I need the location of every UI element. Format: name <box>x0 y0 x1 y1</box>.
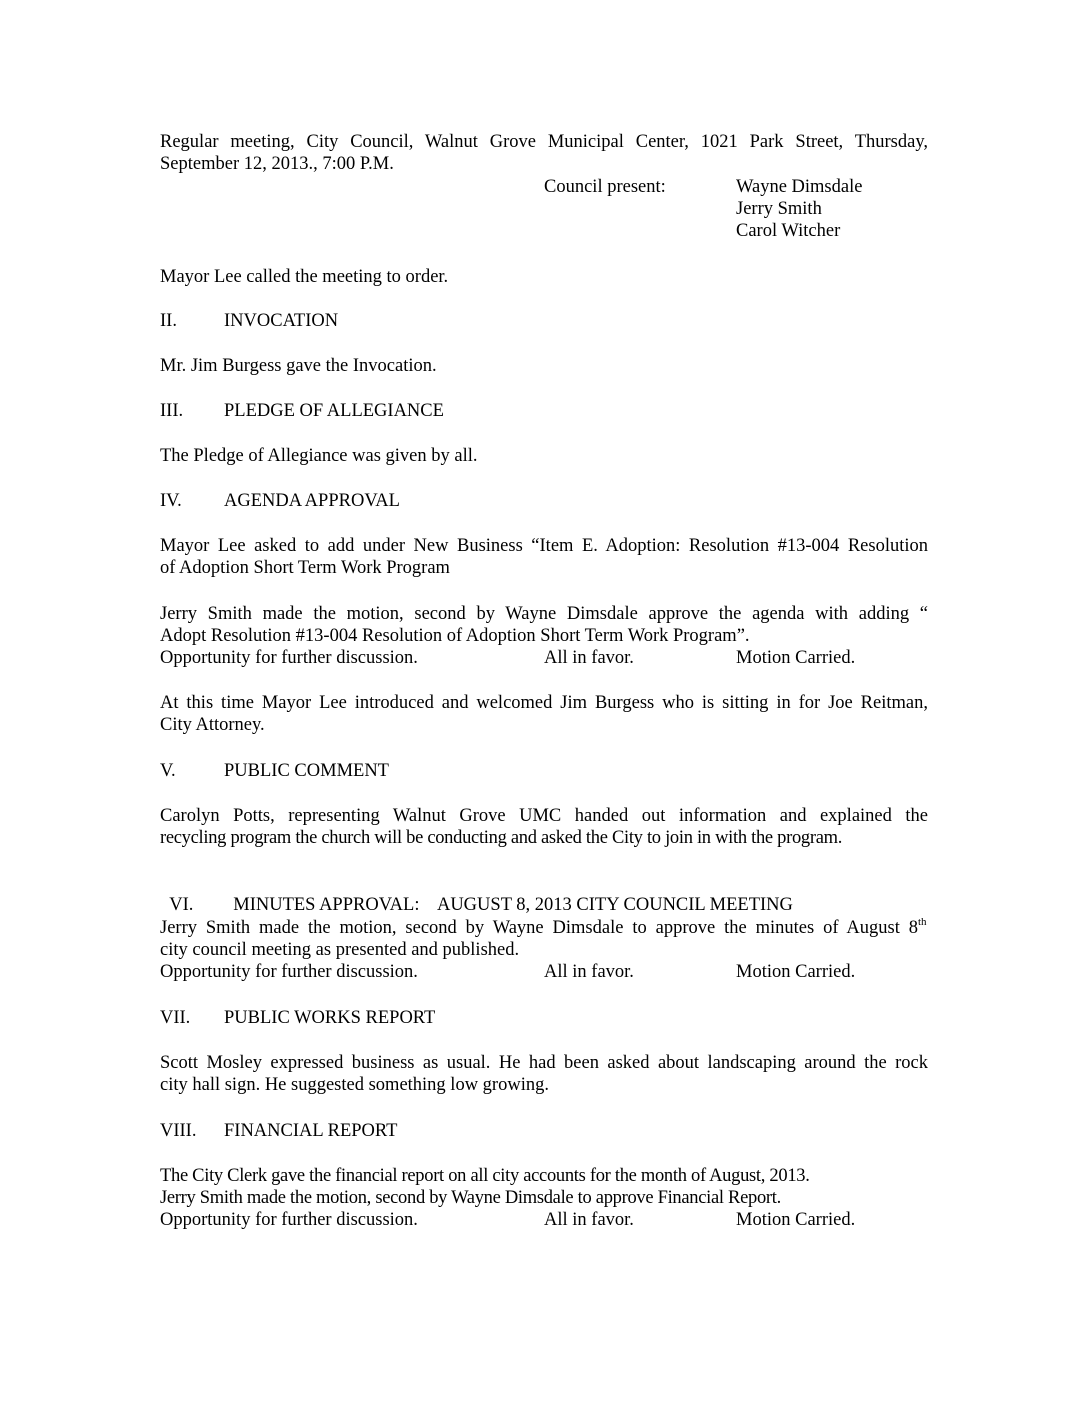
section-heading-invocation: II.INVOCATION <box>160 310 338 332</box>
vote-discussion: Opportunity for further discussion. <box>160 961 418 983</box>
section-title: FINANCIAL REPORT <box>224 1121 397 1141</box>
section-heading-pledge: III.PLEDGE OF ALLEGIANCE <box>160 400 444 422</box>
section-body: The Pledge of Allegiance was given by al… <box>160 445 478 467</box>
section-number: VI. <box>169 894 233 916</box>
section-title: AGENDA APPROVAL <box>224 491 400 511</box>
section-heading-agenda-approval: IV.AGENDA APPROVAL <box>160 490 400 512</box>
meeting-header-line1: Regular meeting, City Council, Walnut Gr… <box>160 131 928 153</box>
section-body: Mayor Lee asked to add under New Busines… <box>160 535 928 557</box>
section-body: Mr. Jim Burgess gave the Invocation. <box>160 355 437 377</box>
vote-result: Motion Carried. <box>736 647 855 669</box>
section-heading-minutes-approval: VI.MINUTES APPROVAL: AUGUST 8, 2013 CITY… <box>160 872 793 916</box>
council-member: Wayne Dimsdale <box>736 176 862 198</box>
section-title: PLEDGE OF ALLEGIANCE <box>224 401 444 421</box>
section-title: PUBLIC COMMENT <box>224 761 389 781</box>
vote-discussion: Opportunity for further discussion. <box>160 647 418 669</box>
section-number: VII. <box>160 1007 224 1029</box>
motion-text: Jerry Smith made the motion, second by W… <box>160 918 918 938</box>
section-title: MINUTES APPROVAL: AUGUST 8, 2013 CITY CO… <box>233 895 793 915</box>
motion-text: Adopt Resolution #13-004 Resolution of A… <box>160 625 750 647</box>
council-member: Jerry Smith <box>736 198 822 220</box>
council-member: Carol Witcher <box>736 220 840 242</box>
section-heading-public-works: VII.PUBLIC WORKS REPORT <box>160 1007 435 1029</box>
vote-result: Motion Carried. <box>736 1209 855 1231</box>
section-body: recycling program the church will be con… <box>160 827 842 849</box>
council-present-label: Council present: <box>544 176 666 198</box>
section-body: City Attorney. <box>160 714 265 736</box>
section-body: of Adoption Short Term Work Program <box>160 557 450 579</box>
section-title: PUBLIC WORKS REPORT <box>224 1008 435 1028</box>
call-to-order: Mayor Lee called the meeting to order. <box>160 266 448 288</box>
vote-favor: All in favor. <box>544 647 634 669</box>
vote-favor: All in favor. <box>544 961 634 983</box>
section-body: city council meeting as presented and pu… <box>160 939 519 961</box>
meeting-header-line2: September 12, 2013., 7:00 P.M. <box>160 153 394 175</box>
section-body: Scott Mosley expressed business as usual… <box>160 1052 928 1074</box>
section-number: IV. <box>160 490 224 512</box>
section-body: At this time Mayor Lee introduced and we… <box>160 692 928 714</box>
vote-discussion: Opportunity for further discussion. <box>160 1209 418 1231</box>
section-number: V. <box>160 760 224 782</box>
section-body: The City Clerk gave the financial report… <box>160 1165 810 1187</box>
section-title: INVOCATION <box>224 311 338 331</box>
section-number: VIII. <box>160 1120 224 1142</box>
section-heading-financial-report: VIII.FINANCIAL REPORT <box>160 1120 397 1142</box>
section-body: city hall sign. He suggested something l… <box>160 1074 549 1096</box>
section-number: II. <box>160 310 224 332</box>
section-heading-public-comment: V.PUBLIC COMMENT <box>160 760 389 782</box>
vote-favor: All in favor. <box>544 1209 634 1231</box>
motion-text: Jerry Smith made the motion, second by W… <box>160 603 928 625</box>
section-number: III. <box>160 400 224 422</box>
section-body: Carolyn Potts, representing Walnut Grove… <box>160 805 928 827</box>
section-body: Jerry Smith made the motion, second by W… <box>160 917 918 939</box>
motion-text: Jerry Smith made the motion, second by W… <box>160 1187 781 1209</box>
vote-result: Motion Carried. <box>736 961 855 983</box>
